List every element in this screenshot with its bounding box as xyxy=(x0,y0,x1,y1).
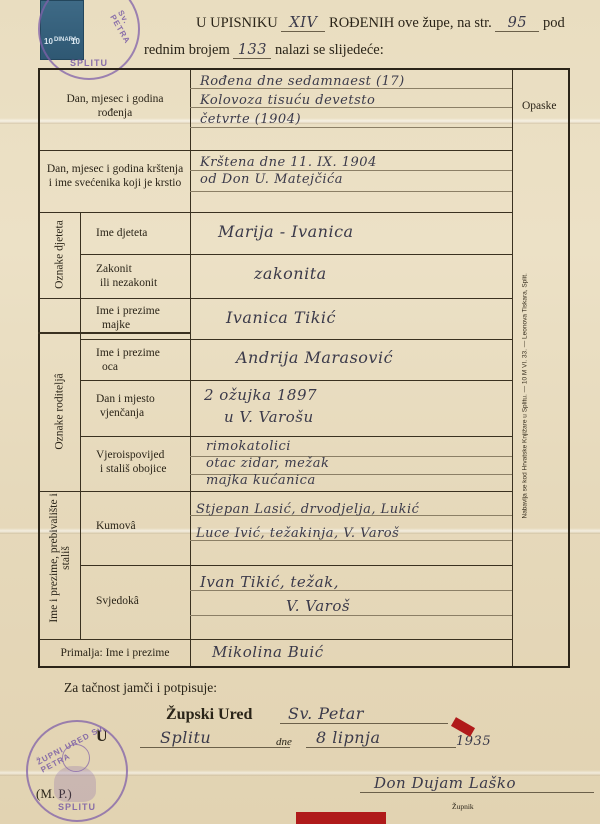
value-line: Luce Ivić, težakinja, V. Varoš xyxy=(196,522,419,546)
row-divider xyxy=(190,298,512,299)
value-birth-date: Rođena dne sedamnaest (17) Kolovoza tisu… xyxy=(200,72,405,129)
saint-figure-icon xyxy=(54,766,96,802)
row-divider xyxy=(80,254,190,255)
label-line: majke xyxy=(96,318,160,332)
value-line: majka kućanica xyxy=(206,472,329,489)
label-line: Ime i prezime xyxy=(96,304,160,318)
row-divider xyxy=(80,339,190,340)
date-value: 8 lipnja xyxy=(306,728,456,748)
value-line: 2 ožujka 1897 xyxy=(204,384,317,406)
value-father: Andrija Marasović xyxy=(236,348,393,367)
register-heading: U UPISNIKU XIV ROĐENIH ove župe, na str.… xyxy=(196,15,565,32)
group-label-child: Oznake djeteta xyxy=(54,205,67,305)
value-child-name: Marija - Ivanica xyxy=(218,222,354,241)
row-divider xyxy=(190,639,512,640)
label-birth-date: Dan, mjesec i godina rođenja xyxy=(48,92,182,120)
value-legitimacy: zakonita xyxy=(254,264,327,283)
page-number-field: 95 xyxy=(495,15,539,32)
label-line: Dan i mjesto xyxy=(96,392,155,406)
column-divider xyxy=(512,70,513,666)
row-divider xyxy=(190,436,512,437)
value-witnesses: Ivan Tikić, težak, V. Varoš xyxy=(200,570,350,618)
entry-number-field: 133 xyxy=(233,42,271,59)
group-label-sponsors: Ime i prezime, prebivalište i stališ xyxy=(48,488,72,628)
label-line: i stališ obojice xyxy=(96,462,166,476)
value-line: četvrte (1904) xyxy=(200,110,405,129)
label-godparents: Kumovâ xyxy=(96,519,136,533)
label-baptism: Dan, mjesec i godina krštenja i ime sveć… xyxy=(44,162,186,190)
group-divider xyxy=(80,212,81,639)
value-midwife: Mikolina Buić xyxy=(212,643,324,661)
label-line: Vjeroispovijed xyxy=(96,448,166,462)
year-value: 1935 xyxy=(456,734,491,749)
wax-seal-fragment xyxy=(296,812,386,824)
remarks-header: Opaske xyxy=(522,100,557,112)
seal-text: SPLITU xyxy=(58,802,96,812)
value-godparents: Stjepan Lasić, drvodjelja, Lukić Luce Iv… xyxy=(196,498,419,546)
row-divider xyxy=(40,150,190,151)
value-line: Kolovoza tisuću devetsto xyxy=(200,91,405,110)
row-divider xyxy=(190,254,512,255)
group-label-parents: Oznake roditeljâ xyxy=(54,362,67,462)
row-divider xyxy=(190,380,512,381)
heading-text: ROĐENIH ove župe, na str. xyxy=(329,15,492,31)
column-divider xyxy=(190,70,191,666)
register-volume-field: XIV xyxy=(281,15,325,32)
pastor-signature: Don Dujam Laško xyxy=(360,774,594,793)
row-divider xyxy=(190,491,512,492)
row-divider xyxy=(80,565,190,566)
attest-label: Za tačnost jamči i potpisuje: xyxy=(64,680,217,696)
row-divider xyxy=(190,565,512,566)
row-divider xyxy=(80,380,190,381)
value-line: u V. Varošu xyxy=(204,406,317,428)
label-midwife: Primalja: Ime i prezime xyxy=(44,646,186,660)
label-legitimacy: Zakonit ili nezakonit xyxy=(96,262,157,290)
label-child-name: Ime djeteta xyxy=(96,226,147,240)
row-divider xyxy=(40,639,190,640)
row-divider xyxy=(80,436,190,437)
label-line: oca xyxy=(96,360,160,374)
value-line: otac zidar, mežak xyxy=(206,455,329,472)
row-divider xyxy=(38,332,190,334)
writing-line xyxy=(190,191,512,192)
entry-heading: rednim brojem 133 nalazi se slijedeće: xyxy=(144,42,384,59)
row-divider xyxy=(190,339,512,340)
label-witnesses: Svjedokâ xyxy=(96,594,139,608)
value-line: Stjepan Lasić, drvodjelja, Lukić xyxy=(196,498,419,522)
label-religion: Vjeroispovijed i stališ obojice xyxy=(96,448,166,476)
value-line: Ivan Tikić, težak, xyxy=(200,570,350,594)
heading-text: pod xyxy=(543,15,565,31)
value-line: Krštena dne 11. IX. 1904 xyxy=(200,154,377,171)
seal-text: Sv. PETRA xyxy=(108,9,140,46)
birth-record-table: Opaske Nabavlja se kod Hrvatske Knjižare… xyxy=(38,68,570,668)
place-value: Splitu xyxy=(140,728,290,748)
seal-text: SPLITU xyxy=(70,58,108,68)
value-line: od Don U. Matejčića xyxy=(200,171,377,188)
row-divider xyxy=(190,150,512,151)
label-marriage: Dan i mjesto vjenčanja xyxy=(96,392,155,420)
label-line: vjenčanja xyxy=(96,406,155,420)
signature-title: Župnik xyxy=(452,802,474,811)
heading-text: rednim brojem xyxy=(144,42,230,58)
label-line: Ime i prezime xyxy=(96,346,160,360)
value-religion: rimokatolici otac zidar, mežak majka kuć… xyxy=(206,438,329,489)
heading-text: U UPISNIKU xyxy=(196,15,278,31)
value-baptism: Krštena dne 11. IX. 1904 od Don U. Matej… xyxy=(200,154,377,188)
label-line: Zakonit xyxy=(96,262,157,276)
value-line: V. Varoš xyxy=(200,594,350,618)
office-label: Župski Ured xyxy=(166,706,252,724)
value-marriage: 2 ožujka 1897 u V. Varošu xyxy=(204,384,317,428)
office-value: Sv. Petar xyxy=(280,704,448,724)
label-line: ili nezakonit xyxy=(96,276,157,290)
label-father: Ime i prezime oca xyxy=(96,346,160,374)
label-mother: Ime i prezime majke xyxy=(96,304,160,332)
printer-note: Nabavlja se kod Hrvatske Knjižare u Spli… xyxy=(522,229,529,519)
value-line: Rođena dne sedamnaest (17) xyxy=(200,72,405,91)
parish-seal-bottom: ŽUPNI URED Sv. PETRA SPLITU xyxy=(26,720,128,822)
date-label: dne xyxy=(276,736,292,748)
row-divider xyxy=(190,212,512,213)
value-mother: Ivanica Tikić xyxy=(226,308,336,327)
value-line: rimokatolici xyxy=(206,438,329,455)
heading-text: nalazi se slijedeće: xyxy=(275,42,384,58)
